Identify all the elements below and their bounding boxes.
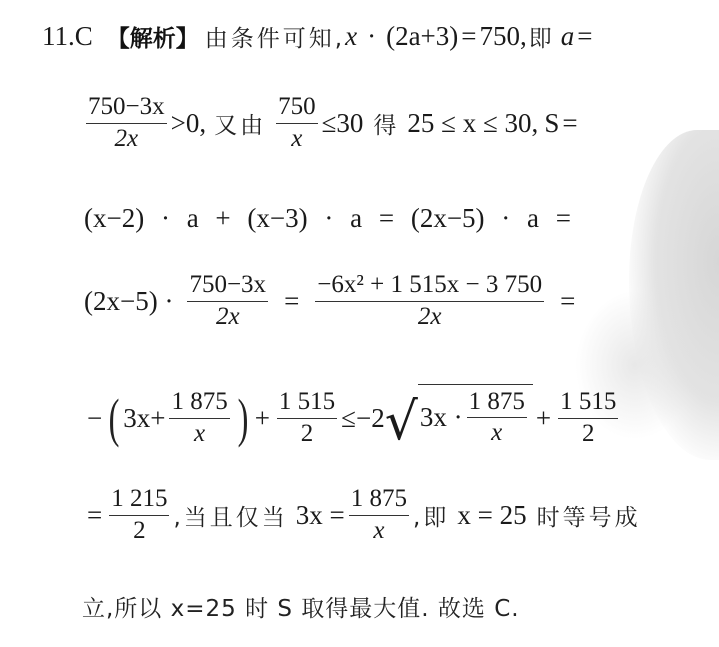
radicand-lhs: 3x · [420,402,463,433]
le-minus-2: ≤−2 [341,403,385,434]
value-750: 750, [480,21,527,52]
paren-close: ) [237,391,248,445]
solution-line-2: 750−3x 2x >0, 又由 750 x ≤30 得 25 ≤ x ≤ 30… [82,88,581,158]
plus: + [536,403,551,434]
numerator: 750−3x [187,272,268,301]
paren-open: ( [386,21,395,52]
numerator: −6x² + 1 515x − 3 750 [315,272,544,301]
denominator: x [371,516,386,544]
page-shadow [629,130,719,460]
problem-answer: C [75,21,93,52]
text-de: 得 [373,107,399,140]
denominator: 2 [131,516,148,544]
dot-op: · [367,21,376,52]
le-30: ≤30 [322,108,364,139]
gt-zero: >0, [171,108,206,139]
equality-text: 时等号成 [537,499,641,532]
condition-text: ,当且仅当 [173,499,287,532]
denominator: 2 [299,419,316,447]
equals: = [577,21,592,52]
text-ji: ,即 [413,499,449,532]
text-youyou: 又由 [214,107,266,140]
numerator: 1 875 [349,486,409,515]
equals: = [284,286,299,317]
equals: = [562,108,577,139]
inner-expr: 3x+ [123,403,165,434]
lhs-expr: (2x−5) · [84,286,173,317]
solution-line-5: − ( 3x+ 1 875 x ) + 1 515 2 ≤−2 √ 3x · 1… [84,378,622,458]
plus: + [255,403,270,434]
minus: − [87,403,102,434]
paren-close: ) [449,21,458,52]
x-equals-25: x = 25 [457,500,526,531]
analysis-tag: 【解析】 [107,20,199,53]
paren-open: ( [109,391,120,445]
denominator: 2 [580,419,597,447]
numerator: 1 875 [169,389,229,418]
denominator: x [192,419,207,447]
fraction: 1 515 2 [277,389,337,447]
denominator: 2x [214,302,242,330]
solution-line-4: (2x−5) · 750−3x 2x = −6x² + 1 515x − 3 7… [84,266,578,336]
square-root: √ 3x · 1 875 x [385,390,533,447]
equals: = [461,21,476,52]
numerator: 1 875 [467,389,527,418]
problem-number: 11. [42,21,75,52]
var-a: a [561,21,575,52]
fraction: 1 515 2 [558,389,618,447]
fraction: 1 875 x [169,389,229,447]
fraction: −6x² + 1 515x − 3 750 2x [315,272,544,330]
radical-sign-icon: √ [385,396,418,448]
conj-text: 即 [529,20,555,53]
numerator: 1 515 [277,389,337,418]
expr-2a-plus-3: 2a+3 [395,21,449,52]
lhs-3x: 3x = [296,500,345,531]
var-x: x [345,21,357,52]
solution-line-7: 立,所以 x=25 时 S 取得最大值. 故选 C. [82,584,520,628]
fraction: 750−3x 2x [187,272,268,330]
fraction: 750 x [276,94,318,152]
fraction: 750−3x 2x [86,94,167,152]
denominator: 2x [113,124,141,152]
numerator: 1 515 [558,389,618,418]
solution-line-3: (x−2) · a + (x−3) · a = (2x−5) · a = [84,196,571,240]
fraction: 1 215 2 [109,486,169,544]
fraction: 1 875 x [349,486,409,544]
var-S: S [544,108,559,139]
equals: = [87,500,102,531]
numerator: 750 [276,94,318,123]
solution-line-6: = 1 215 2 ,当且仅当 3x = 1 875 x ,即 x = 25 时… [84,480,641,550]
s-expression: (x−2) · a + (x−3) · a = (2x−5) · a = [84,203,571,234]
denominator: x [289,124,304,152]
radicand: 3x · 1 875 x [418,384,533,447]
equals: = [560,286,575,317]
fraction: 1 875 x [467,389,527,447]
conclusion-text: 立,所以 x=25 时 S 取得最大值. 故选 C. [82,590,520,623]
range-expr: 25 ≤ x ≤ 30, [407,108,538,139]
denominator: 2x [416,302,444,330]
numerator: 750−3x [86,94,167,123]
numerator: 1 215 [109,486,169,515]
denominator: x [489,418,504,446]
solution-line-1: 11. C 【解析】 由条件可知, x · ( 2a+3 ) = 750, 即 … [42,14,596,58]
intro-text: 由条件可知, [205,20,345,53]
